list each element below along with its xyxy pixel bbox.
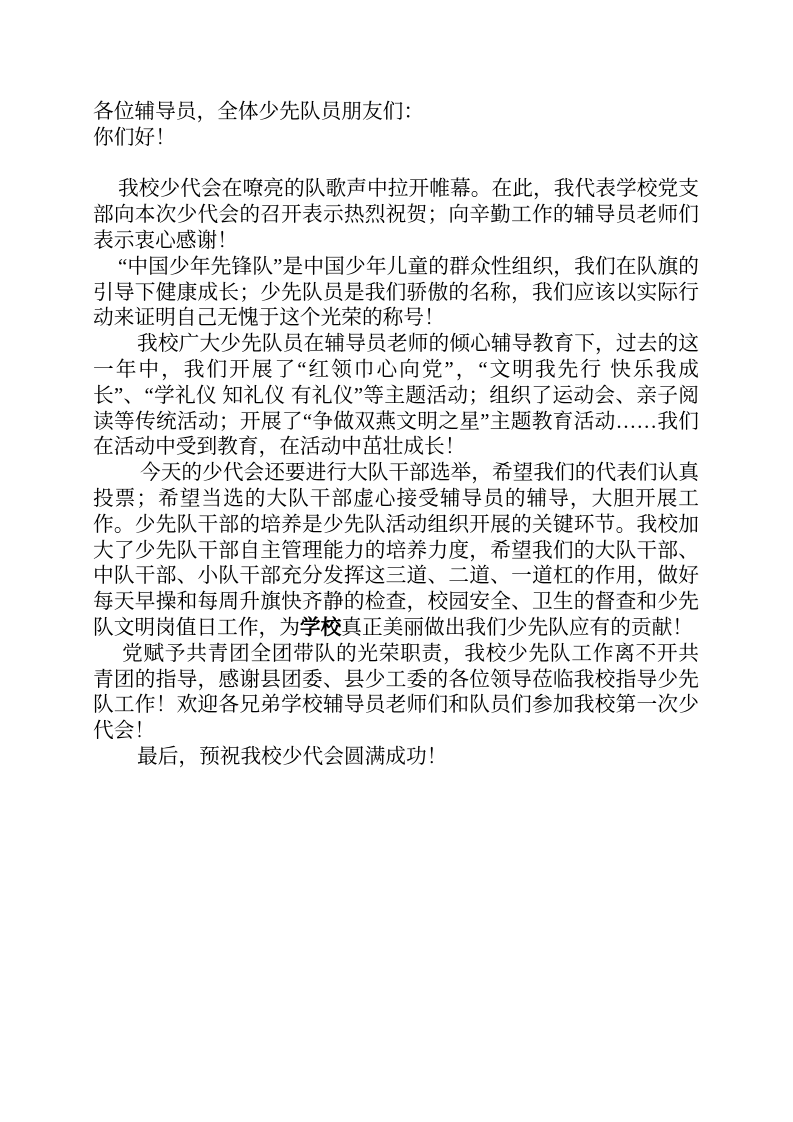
bold-run: 学校 [300,617,341,639]
text-run: 我校少代会在嘹亮的队歌声中拉开帷幕。在此，我代表学校党支部向本次少代会的召开表示… [93,178,699,252]
paragraph-3: 我校广大少先队员在辅导员老师的倾心辅导教育下，过去的这一年中，我们开展了“红领巾… [93,332,699,461]
paragraph-1: 我校少代会在嘹亮的队歌声中拉开帷幕。在此，我代表学校党支部向本次少代会的召开表示… [93,177,699,254]
text-run: “中国少年先锋队”是中国少年儿童的群众性组织，我们在队旗的引导下健康成长；少先队… [93,256,699,330]
text-run: 真正美丽做出我们少先队应有的贡献！ [341,617,693,639]
greeting-line: 你们好！ [93,126,699,152]
paragraphs-container: 我校少代会在嘹亮的队歌声中拉开帷幕。在此，我代表学校党支部向本次少代会的召开表示… [93,177,699,770]
paragraph-4: 今天的少代会还要进行大队干部选举，希望我们的代表们认真投票；希望当选的大队干部虚… [93,461,699,642]
text-run: 最后，预祝我校少代会圆满成功！ [137,746,447,768]
blank-line [93,152,699,178]
speech-text-block: 各位辅导员，全体少先队员朋友们： 你们好！ 我校少代会在嘹亮的队歌声中拉开帷幕。… [93,100,699,771]
document-page: 各位辅导员，全体少先队员朋友们： 你们好！ 我校少代会在嘹亮的队歌声中拉开帷幕。… [0,0,793,1122]
paragraph-2: “中国少年先锋队”是中国少年儿童的群众性组织，我们在队旗的引导下健康成长；少先队… [93,255,699,332]
paragraph-6: 最后，预祝我校少代会圆满成功！ [93,745,699,771]
text-run: 我校广大少先队员在辅导员老师的倾心辅导教育下，过去的这一年中，我们开展了“红领巾… [93,333,699,458]
salutation-line: 各位辅导员，全体少先队员朋友们： [93,100,699,126]
paragraph-5: 党赋予共青团全团带队的光荣职责，我校少先队工作离不开共青团的指导，感谢县团委、县… [93,642,699,745]
text-run: 今天的少代会还要进行大队干部选举，希望我们的代表们认真投票；希望当选的大队干部虚… [93,462,699,639]
text-run: 党赋予共青团全团带队的光荣职责，我校少先队工作离不开共青团的指导，感谢县团委、县… [93,643,699,742]
